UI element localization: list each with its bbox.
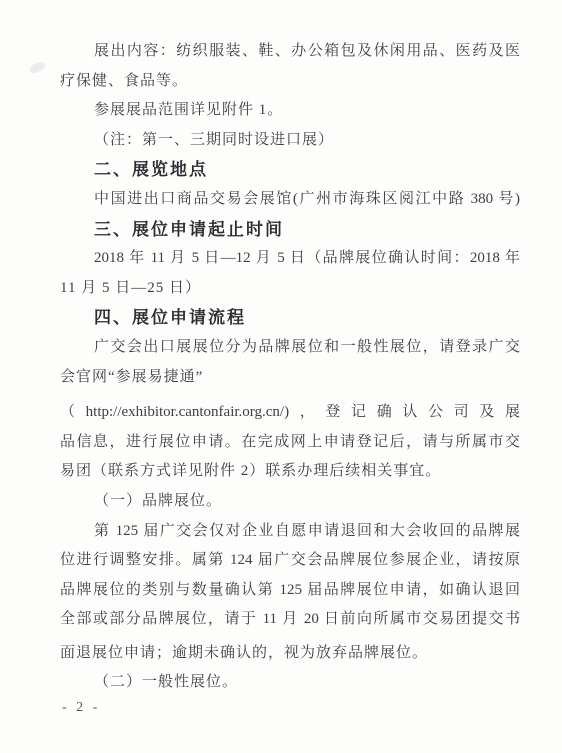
doc-line: 参展展品范围详见附件 1。: [60, 96, 520, 126]
doc-line: 位进行调整安排。属第 124 届广交会品牌展位参展企业，请按原: [60, 546, 520, 576]
doc-line: 中国进出口商品交易会展馆(广州市海珠区阅江中路 380 号): [60, 185, 520, 215]
doc-line: 全部或部分品牌展位，请于 11 月 20 日前向所属市交易团提交书: [60, 605, 520, 635]
doc-line-list-item: （二）一般性展位。: [60, 668, 520, 698]
doc-line-url: （http://exhibitor.cantonfair.org.cn/)，登记…: [60, 398, 520, 428]
doc-line-list-item: （一）品牌展位。: [60, 487, 520, 517]
doc-line: 展出内容：纺织服装、鞋、办公箱包及休闲用品、医药及医: [60, 37, 520, 67]
doc-line: 会官网“参展易捷通”: [60, 363, 520, 393]
section-heading-application-period: 三、展位申请起止时间: [60, 215, 520, 245]
doc-line: 第 125 届广交会仅对企业自愿申请退回和大会收回的品牌展: [60, 517, 520, 547]
doc-line: 品牌展位的类别与数量确认第 125 届品牌展位申请，如确认退回: [60, 576, 520, 606]
doc-line: 易团（联系方式详见附件 2）联系办理后续相关事宜。: [60, 457, 520, 487]
doc-line-note: （注：第一、三期同时设进口展）: [60, 126, 520, 156]
scan-artifact: [28, 60, 47, 75]
document-body: 展出内容：纺织服装、鞋、办公箱包及休闲用品、医药及医 疗保健、食品等。 参展展品…: [60, 37, 520, 698]
doc-line: 品信息，进行展位申请。在完成网上申请登记后，请与所属市交: [60, 428, 520, 458]
section-heading-application-process: 四、展位申请流程: [60, 303, 520, 333]
page-number: - 2 -: [62, 700, 100, 716]
doc-line: 广交会出口展展位分为品牌展位和一般性展位，请登录广交: [60, 333, 520, 363]
doc-line: 2018 年 11 月 5 日—12 月 5 日（品牌展位确认时间：2018 年: [60, 244, 520, 274]
doc-line: 面退展位申请；逾期未确认的，视为放弃品牌展位。: [60, 639, 520, 669]
document-page: 展出内容：纺织服装、鞋、办公箱包及休闲用品、医药及医 疗保健、食品等。 参展展品…: [0, 0, 562, 753]
section-heading-exhibition-venue: 二、展览地点: [60, 155, 520, 185]
doc-line: 疗保健、食品等。: [60, 67, 520, 97]
doc-line: 11 月 5 日—25 日）: [60, 274, 520, 304]
